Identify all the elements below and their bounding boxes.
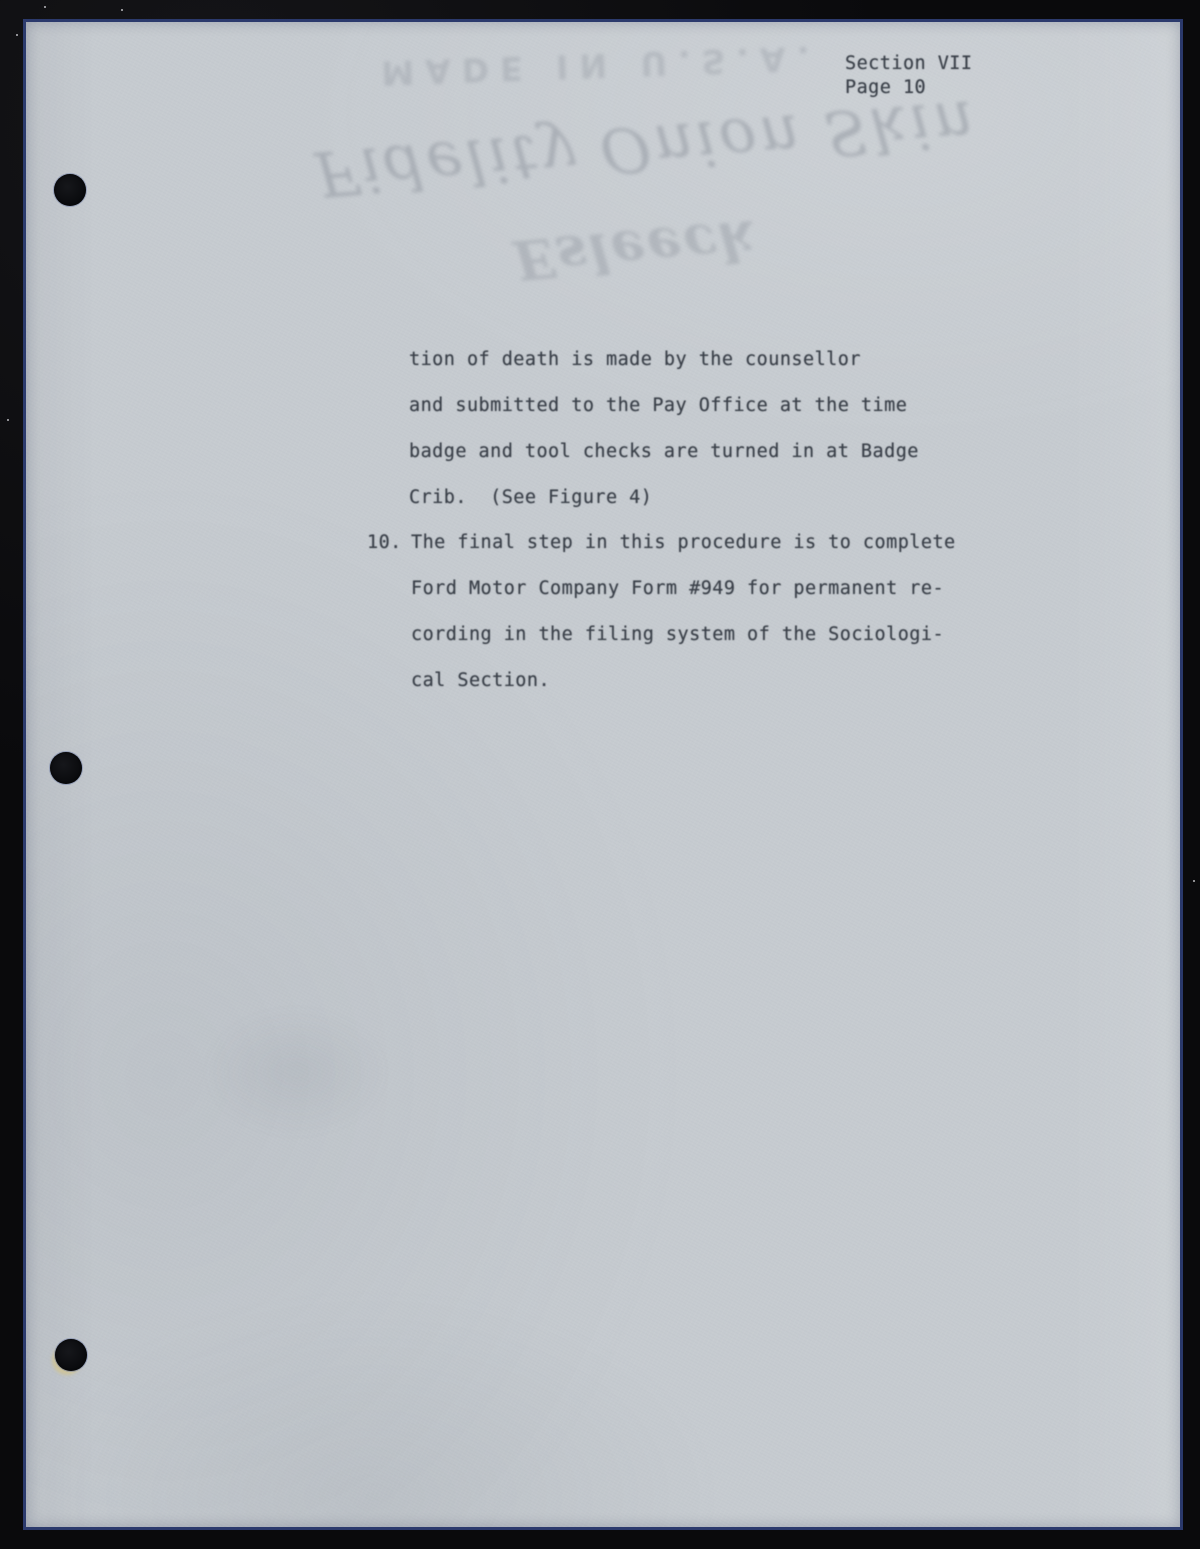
dust-speck — [7, 419, 9, 421]
paper-crease — [196, 1002, 396, 1142]
punch-hole-bottom — [55, 1339, 87, 1371]
typed-line: The final step in this procedure is to c… — [411, 532, 956, 554]
list-item-number: 10. — [367, 532, 402, 554]
watermark-maker: Esleeck — [434, 201, 838, 300]
punch-hole-middle — [50, 752, 82, 784]
watermark-brand: Fidelity Onion Skin — [272, 83, 1019, 214]
scanned-document: MADE IN U.S.A. Fidelity Onion Skin Eslee… — [0, 0, 1200, 1549]
dust-speck — [44, 6, 46, 8]
typed-line: Ford Motor Company Form #949 for permane… — [411, 578, 944, 600]
dust-speck — [1193, 880, 1195, 882]
typed-line: and submitted to the Pay Office at the t… — [409, 395, 907, 417]
typed-line: Crib. (See Figure 4) — [409, 487, 652, 509]
typed-line: cal Section. — [411, 670, 550, 692]
typed-line: badge and tool checks are turned in at B… — [409, 441, 919, 463]
paper-sheet: MADE IN U.S.A. Fidelity Onion Skin Eslee… — [23, 19, 1183, 1530]
dust-speck — [121, 9, 123, 11]
header-page-label: Page 10 — [845, 77, 926, 98]
watermark-made-in-usa: MADE IN U.S.A. — [355, 37, 846, 93]
typed-line: tion of death is made by the counsellor — [409, 349, 861, 371]
dust-speck — [16, 34, 18, 36]
header-section-label: Section VII — [845, 53, 972, 74]
typed-line: cording in the filing system of the Soci… — [411, 624, 944, 646]
punch-hole-top — [54, 174, 86, 206]
page-header: Section VIIPage 10 — [845, 52, 972, 100]
